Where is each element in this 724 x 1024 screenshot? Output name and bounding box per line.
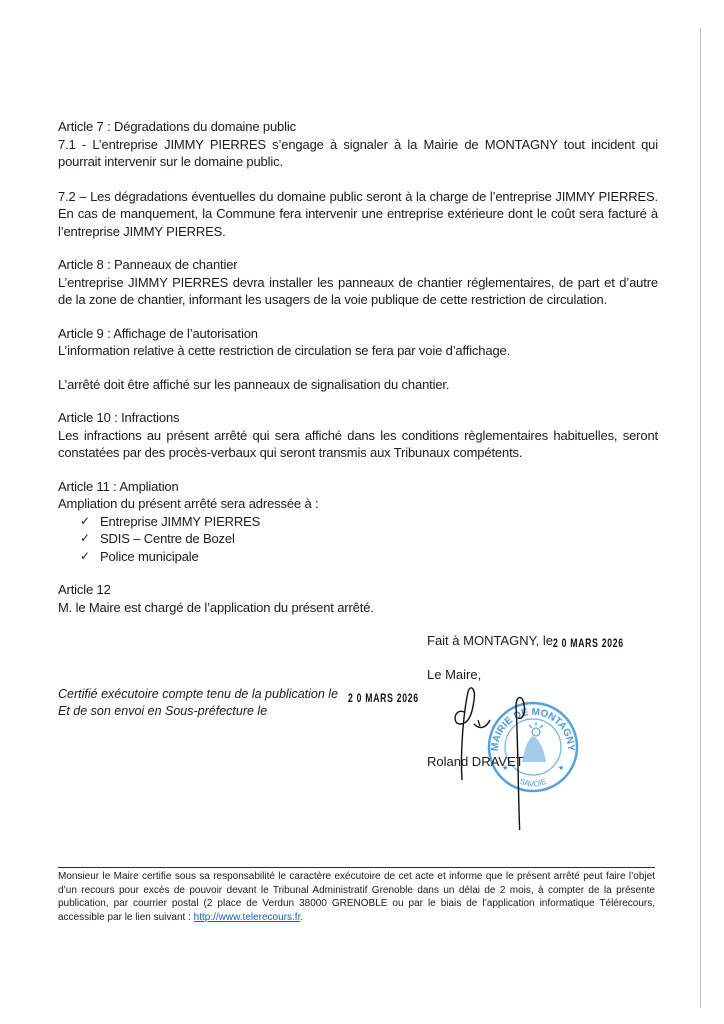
article-text: 7.1 - L’entreprise JIMMY PIERRES s’engag… — [58, 136, 658, 171]
fait-a-label: Fait à MONTAGNY, le — [427, 633, 553, 648]
recipient-name: Police municipale — [100, 549, 199, 564]
article-text: L’entreprise JIMMY PIERRES devra install… — [58, 274, 658, 309]
footer-link-suffix: . — [300, 912, 303, 923]
article-title: Article 11 : Ampliation — [58, 478, 658, 496]
article-block: Article 8 : Panneaux de chantierL’entrep… — [58, 256, 658, 309]
certification-line-1: Certifié exécutoire compte tenu de la pu… — [58, 686, 338, 703]
telerecours-link[interactable]: http://www.telerecours.fr — [194, 912, 301, 923]
certification-block: Certifié exécutoire compte tenu de la pu… — [58, 686, 338, 720]
recipients-list: ✓Entreprise JIMMY PIERRES✓SDIS – Centre … — [58, 513, 658, 566]
article-block: L’arrêté doit être affiché sur les panne… — [58, 376, 658, 394]
article-text: L’information relative à cette restricti… — [58, 342, 658, 360]
article-12: Article 12 M. le Maire est chargé de l’a… — [58, 581, 658, 616]
recipient-name: SDIS – Centre de Bozel — [100, 531, 235, 546]
article-block: Article 10 : InfractionsLes infractions … — [58, 409, 658, 462]
checkmark-icon: ✓ — [80, 530, 90, 548]
article-block: Article 9 : Affichage de l’autorisationL… — [58, 325, 658, 360]
document-body: Article 7 : Dégradations du domaine publ… — [58, 118, 658, 632]
article-block: Article 7 : Dégradations du domaine publ… — [58, 118, 658, 171]
article-text: Les infractions au présent arrêté qui se… — [58, 427, 658, 462]
articles-list: Article 7 : Dégradations du domaine publ… — [58, 118, 658, 462]
article-text: Ampliation du présent arrêté sera adress… — [58, 495, 658, 513]
certification-line-2: Et de son envoi en Sous-préfecture le — [58, 703, 338, 720]
footer-text: Monsieur le Maire certifie sous sa respo… — [58, 871, 655, 923]
fait-a-line: Fait à MONTAGNY, le — [427, 633, 553, 648]
checkmark-icon: ✓ — [80, 548, 90, 566]
signer-name: Roland DRAVET — [427, 754, 524, 769]
recipient-name: Entreprise JIMMY PIERRES — [100, 514, 260, 529]
article-11: Article 11 : Ampliation Ampliation du pr… — [58, 478, 658, 566]
recipient-item: ✓Entreprise JIMMY PIERRES — [58, 513, 658, 531]
article-title: Article 7 : Dégradations du domaine publ… — [58, 118, 658, 136]
recipient-item: ✓Police municipale — [58, 548, 658, 566]
article-title: Article 10 : Infractions — [58, 409, 658, 427]
date-stamp: 2 0 MARS 2026 — [553, 636, 624, 650]
article-title: Article 12 — [58, 581, 658, 599]
article-text: L’arrêté doit être affiché sur les panne… — [58, 376, 658, 394]
certification-date-stamp: 2 0 MARS 2026 — [348, 691, 419, 705]
recipient-item: ✓SDIS – Centre de Bozel — [58, 530, 658, 548]
article-title: Article 9 : Affichage de l’autorisation — [58, 325, 658, 343]
article-text: 7.2 – Les dégradations éventuelles du do… — [58, 188, 658, 241]
article-text: M. le Maire est chargé de l’application … — [58, 599, 658, 617]
checkmark-icon: ✓ — [80, 513, 90, 531]
legal-footer: Monsieur le Maire certifie sous sa respo… — [58, 867, 655, 924]
page-edge-line — [700, 28, 701, 1008]
article-block: 7.2 – Les dégradations éventuelles du do… — [58, 188, 658, 241]
article-title: Article 8 : Panneaux de chantier — [58, 256, 658, 274]
